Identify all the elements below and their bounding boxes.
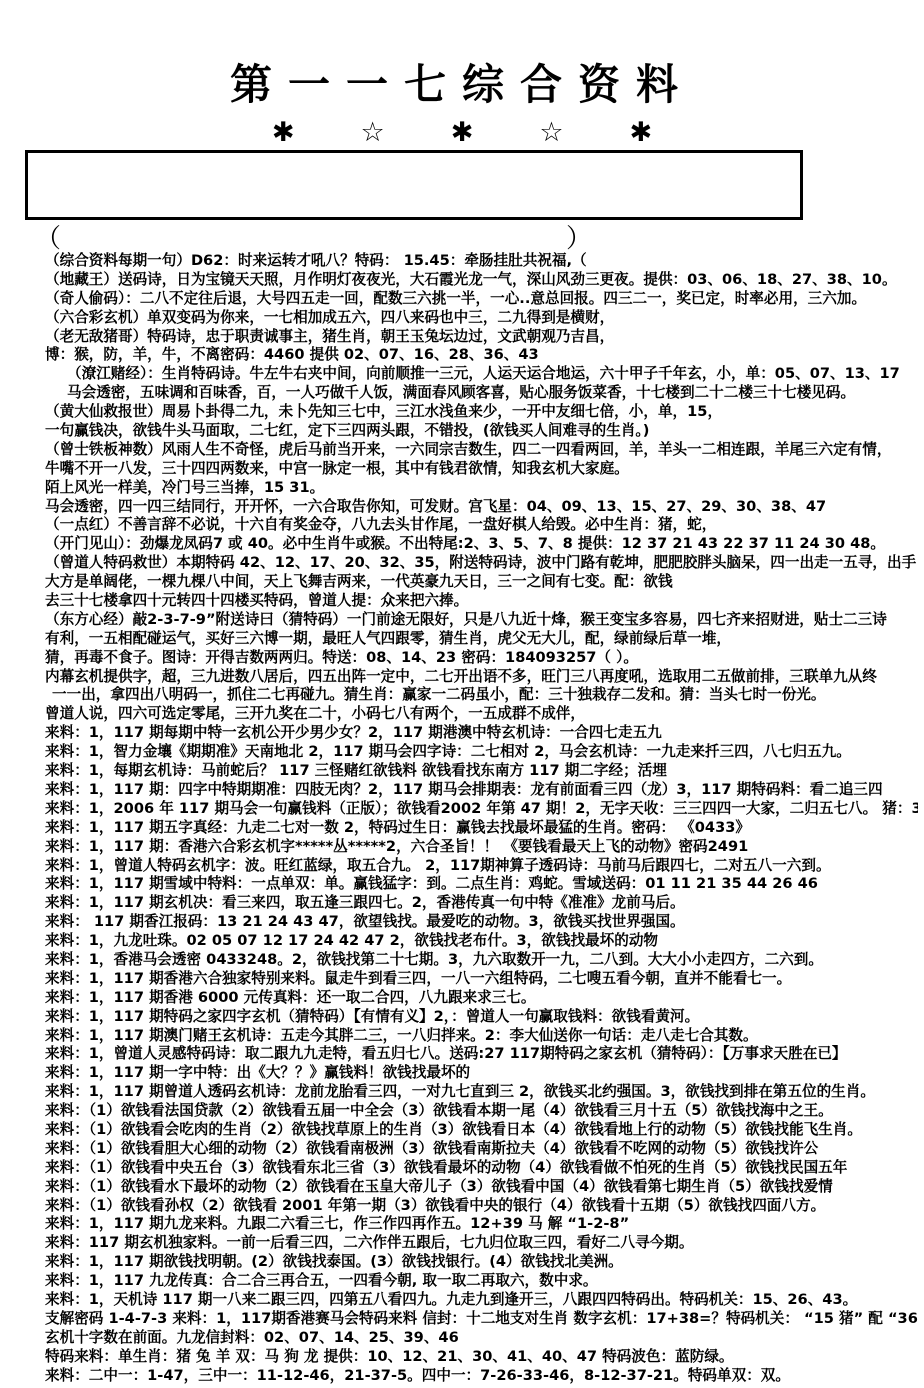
text-line: （曾士铁板神数）风雨人生不奇怪，虎后马前当开来，一六同宗吉数生，四二一四看两回，… — [45, 441, 918, 460]
text-line: 玄机十字数在前面。九龙信封料：02、07、14、25、39、46 — [45, 1329, 918, 1348]
text-line: 来料：1，117 期香港 6000 元传真料：还一取二合四，八九跟来求三七。 — [45, 989, 918, 1008]
text-line: 来料：1，117 九龙传真：合二合三再合五，一四看今朝, 取一取二再取六，数中求… — [45, 1272, 918, 1291]
text-line: 一一出，拿四出八明码一，抓住二七再碰九。猜生肖：赢家一二码虽小，配：三十独栽存二… — [45, 686, 918, 705]
text-line: 大方是单阔佬，一棵九棵八中间，天上飞舞吉两来，一代英豪九天日，三一之间有七变。配… — [45, 573, 918, 592]
text-line: 猜，再毒不食子。图诗：开得吉数两两归。特送：08、14、23 密码：184093… — [45, 649, 918, 668]
open-paren: （ — [35, 218, 61, 255]
text-line: 来料：（1）欲钱看法国贷款（2）欲钱看五届一中全会（3）欲钱看本期一尾（4）欲钱… — [45, 1102, 918, 1121]
text-line: （六合彩玄机）单双变码为你来，一七相加成五六，四八来码也中三，二九得到是横财， — [45, 309, 918, 328]
text-line: 来料：1，117 期：四字中特期期准：四肢无肉？2，117 期马会排期表：龙有前… — [45, 781, 918, 800]
text-line: 来料：1，117 期特码之家四字玄机（猜特码）【有情有义】2，：曾道人一句赢取钱… — [45, 1008, 918, 1027]
text-line: 来料：1，智力金壤《期期准》天南地北 2，117 期马会四字诗：二七相对 2，马… — [45, 743, 918, 762]
text-line: 来料：1，117 期五字真经：九走二七对一数 2，特码过生日：赢钱去找最坏最猛的… — [45, 819, 918, 838]
text-line: 来料：1，117 期每期中特一玄机公开少男少女？2，117 期港澳中特玄机诗：一… — [45, 724, 918, 743]
text-line: 来料：1，117 期九龙来料。九跟二六看三七，作三作四再作五。12+39 马 解… — [45, 1215, 918, 1234]
text-line: 来料：1，每期玄机诗：马前蛇后？ 117 三怪赌红欲钱料 欲钱看找东南方 117… — [45, 762, 918, 781]
text-line: （东方心经）敲2-3-7-9”附送诗曰（猜特码）一门前途无限好，只是八九近十烽，… — [45, 611, 918, 630]
text-line: 有利，一五相配碰运气，买好三六博一期，最旺人气四跟零，猜生肖，虎父无大儿，配，绿… — [45, 630, 918, 649]
stars-row: ✱☆✱☆✱ — [0, 118, 924, 150]
burst-star-icon: ✱ — [451, 118, 474, 150]
text-line: 来料：1，117 期曾道人透码玄机诗：龙前龙胎看三四，一对九七直到三 2，欲钱买… — [45, 1083, 918, 1102]
paren-row: （ ） — [0, 222, 924, 250]
text-line: （奇人偷码）：二八不定往后退，大号四五走一回，配数三六挑一半，一心..意总回报。… — [45, 290, 918, 309]
text-line: 支解密码 1-4-7-3 来料：1，117期香港赛马会特码来料 信封：十二地支对… — [45, 1310, 918, 1329]
text-line: 牛嘴不开一八发，三十四四两数来，中宫一脉定一根，其中有钱君欲情，知我玄机大家庭。 — [45, 460, 918, 479]
text-line: （一点红）不善言辞不必说，十六自有奖金夺，八九去头甘作尾，一盘好棋人给毁。必中生… — [45, 516, 918, 535]
text-line: 来料：（1）欲钱看孙权（2）欲钱看 2001 年第一期（3）欲钱看中央的银行（4… — [45, 1197, 918, 1216]
text-line: 来料：（1）欲钱看胆大心细的动物（2）欲钱看南极洲（3）欲钱看南斯拉夫（4）欲钱… — [45, 1140, 918, 1159]
text-line: 来料：1，天机诗 117 期一八来二跟三四，四第五八看四九。九走九到逢开三，八跟… — [45, 1291, 918, 1310]
text-line: 来料：（1）欲钱看会吃肉的生肖（2）欲钱找草原上的生肖（3）欲钱看日本（4）欲钱… — [45, 1121, 918, 1140]
text-line: （开门见山）：劲爆龙凤码7 或 40。必中生肖牛或猴。不出特尾:2、3、5、7、… — [45, 535, 918, 554]
text-line: 来料：1，117 期一字中特：出《大？？》赢钱料！欲钱找最坏的 — [45, 1064, 918, 1083]
text-line: 来料：1，117 期雪域中特料：一点单双：单。赢钱猛字：到。二点生肖：鸡蛇。雪域… — [45, 875, 918, 894]
text-line: 去三十七楼拿四十元转四十四楼买特码，曾道人提：众来把六捧。 — [45, 592, 918, 611]
text-line: （黄大仙救报世）周易卜卦得二九，未卜先知三七中，三江水浅鱼来少，一开中友细七倍，… — [45, 403, 918, 422]
text-line: （综合资料每期一句）D62：时来运转才吼八？特码： 15.45：牵肠挂肚共祝福,… — [45, 252, 918, 271]
text-line: 来料：1，117 期：香港六合彩玄机字*****丛*****2，六合圣旨！！ 《… — [45, 838, 918, 857]
empty-header-box — [25, 150, 803, 220]
text-line: 来料：117 期玄机独家料。一前一后看三四，二六作伴五跟后，七九归位取三四，看好… — [45, 1234, 918, 1253]
text-line: 来料：1，2006 年 117 期马会一句赢钱料（正版）；欲钱看2002 年第 … — [45, 800, 918, 819]
text-line: 马会透密，五味调和百味香，百，一人巧做千人饭，满面春风顾客喜，贴心服务饭菜香，十… — [45, 384, 918, 403]
close-paren: ） — [566, 218, 592, 255]
text-line: （地藏王）送码诗，日为宝镜天天照，月作明灯夜夜光，大石霞光龙一气，深山风劲三更夜… — [45, 271, 918, 290]
text-line: （潦江赌经）：生肖特码诗。牛左牛右夹中间，向前顺推一三元，人运天运合地运，六十甲… — [45, 365, 918, 384]
burst-star-icon: ✱ — [630, 118, 653, 150]
text-line: 来料：1，117 期玄机决：看三来四，取五逢三跟四七。2，香港传真一句中特《准准… — [45, 894, 918, 913]
text-line: 来料：二中一：1-47，三中一：11-12-46，21-37-5。四中一：7-2… — [45, 1367, 918, 1386]
body-lines: （综合资料每期一句）D62：时来运转才吼八？特码： 15.45：牵肠挂肚共祝福,… — [45, 252, 918, 1385]
text-line: 博：猴，防，羊，牛，不离密码：4460 提供 02、07、16、28、36、43 — [45, 346, 918, 365]
text-line: 来料：1，117 期澳门赌王玄机诗：五走今其胖二三，一八归拌来。2：李大仙送你一… — [45, 1027, 918, 1046]
text-line: 来料：（1）欲钱看中央五台（3）欲钱看东北三省（3）欲钱看最坏的动物（4）欲钱看… — [45, 1159, 918, 1178]
text-line: 曾道人说，四六可选定零尾，三开九奖在二十，小码七八有两个，一五成群不成伴， — [45, 705, 918, 724]
text-line: 来料：1，曾道人灵感特码诗：取二跟九九走特，看五归七八。送码:27 117期特码… — [45, 1045, 918, 1064]
page-title: 第一一七综合资料 — [0, 52, 924, 112]
text-line: 来料：1，曾道人特码玄机字：波。旺红蓝绿，取五合九。 2，117期神算子透码诗：… — [45, 857, 918, 876]
text-line: 特码来料：单生肖：猪 兔 羊 双：马 狗 龙 提供：10、12、21、30、41… — [45, 1348, 918, 1367]
text-line: 来料：（1）欲钱看水下最坏的动物（2）欲钱看在玉皇大帝儿子（3）欲钱看中国（4）… — [45, 1178, 918, 1197]
open-star-icon: ☆ — [360, 118, 384, 150]
text-line: 来料：1，117 期欲钱找明朝。(2）欲钱找泰国。(3）欲钱找银行。(4）欲钱找… — [45, 1253, 918, 1272]
text-line: 陌上风光一样美，冷门号三当捧，15 31。 — [45, 479, 918, 498]
text-line: 马会透密，四一四三结同行，开开怀，一六合取告你知，可发财。宫飞星：04、09、1… — [45, 498, 918, 517]
open-star-icon: ☆ — [539, 118, 563, 150]
text-line: （老无敌猪哥）特码诗，忠于职责诚事主，猪生肖，朝王玉兔坛边过，文武朝观乃吉昌， — [45, 328, 918, 347]
text-line: 来料： 117 期香江报码：13 21 24 43 47，欲望钱找。最爱吃的动物… — [45, 913, 918, 932]
burst-star-icon: ✱ — [272, 118, 295, 150]
text-line: 来料：1，九龙吐珠。02 05 07 12 17 24 42 47 2，欲钱找老… — [45, 932, 918, 951]
text-line: 一句赢钱决，欲钱牛头马面取，二七红，定下三四两头跟，不错投，(欲钱买人间难寻的生… — [45, 422, 918, 441]
text-line: 来料：1，香港马会透密 0433248。2，欲钱找第二十七期。3，九六取数开一九… — [45, 951, 918, 970]
text-line: 内幕玄机提供字，超，三九进数八居后，四五出阵一定中，二七开出语不多，旺门三八再度… — [45, 668, 918, 687]
text-line: （曾道人特码救世）本期特码 42、12、17、20、32、35，附送特码诗，波中… — [45, 554, 918, 573]
lottery-info-sheet: 第一一七综合资料 ✱☆✱☆✱ （ ） （综合资料每期一句）D62：时来运转才吼八… — [0, 0, 924, 1388]
text-line: 来料：1，117 期香港六合独家特别来料。鼠走牛到看三四，一八一六组特码，二七嗖… — [45, 970, 918, 989]
